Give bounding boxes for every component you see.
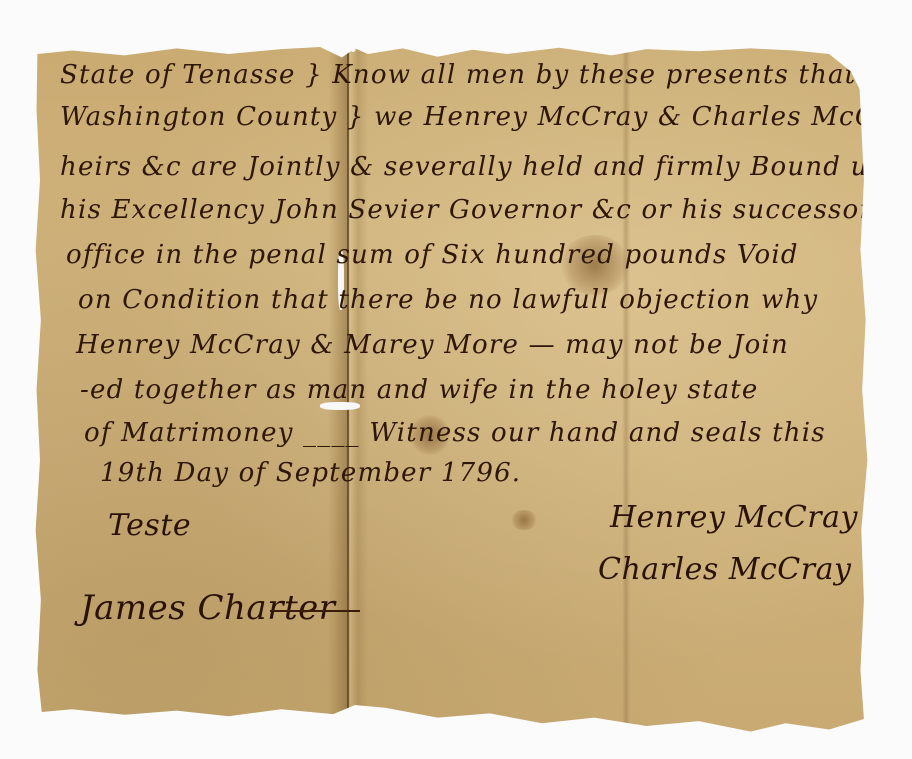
top-edge-nick	[350, 40, 356, 52]
witness-signature: James Charter	[80, 588, 336, 628]
attestation-label: Teste	[108, 508, 191, 543]
document-line-10: 19th Day of September 1796.	[100, 458, 521, 488]
scanned-document-background: State of Tenasse } Know all men by these…	[0, 0, 912, 759]
document-line-4: his Excellency John Sevier Governor &c o…	[60, 195, 912, 225]
document-line-2: Washington County } we Henrey McCray & C…	[60, 102, 912, 132]
signature-charles-mccray: Charles McCray (seal)	[598, 552, 912, 587]
document-line-5: office in the penal sum of Six hundred p…	[66, 240, 799, 270]
signature-flourish	[270, 610, 360, 612]
document-line-9: of Matrimoney ____ Witness our hand and …	[84, 418, 826, 448]
document-line-3: heirs &c are Jointly & severally held an…	[60, 152, 912, 182]
document-line-8: -ed together as man and wife in the hole…	[80, 375, 759, 405]
document-line-7: Henrey McCray & Marey More — may not be …	[76, 330, 789, 360]
signature-henrey-mccray: Henrey McCray	[610, 500, 858, 535]
aged-paper-sheet: State of Tenasse } Know all men by these…	[20, 40, 890, 740]
document-line-1: State of Tenasse } Know all men by these…	[60, 60, 856, 90]
ink-blot	[510, 510, 538, 530]
document-line-6: on Condition that there be no lawfull ob…	[78, 285, 818, 315]
